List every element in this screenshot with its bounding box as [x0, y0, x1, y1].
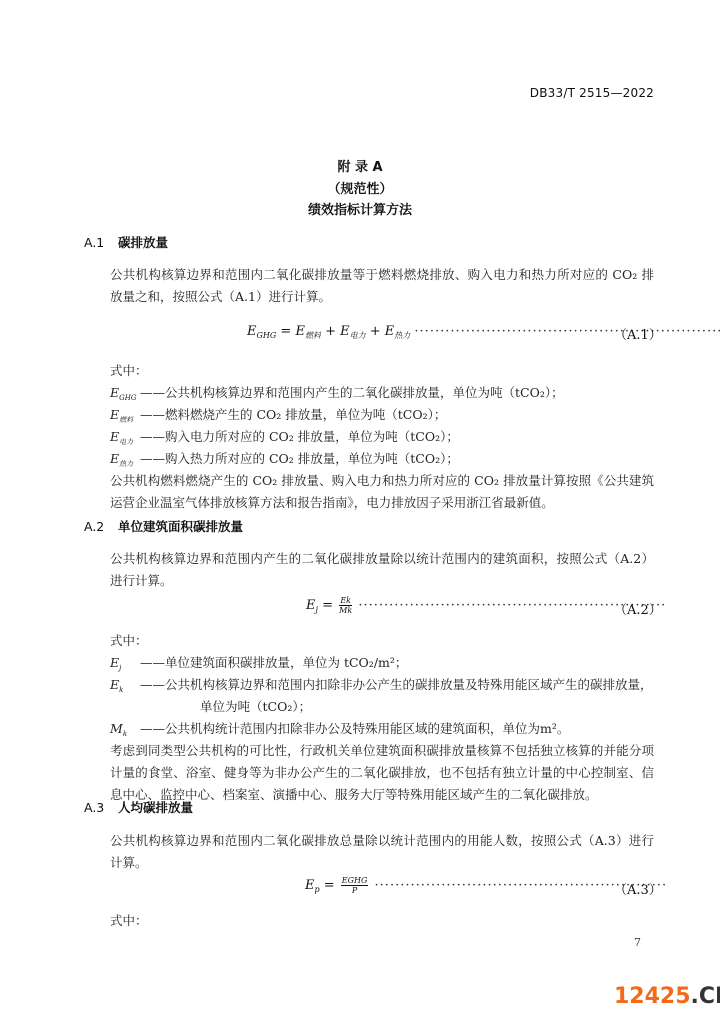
formula-label-a3: （A.3）: [614, 879, 662, 898]
section-number: A.3: [84, 800, 118, 815]
appendix-title: 附 录 A: [0, 156, 720, 175]
section-number: A.1: [84, 235, 118, 250]
page-number: 7: [634, 936, 641, 949]
appendix-nature: （规范性）: [0, 178, 720, 197]
section-heading-a3: A.3人均碳排放量: [84, 798, 193, 816]
section-title: 单位建筑面积碳排放量: [118, 519, 243, 534]
where-label: 式中：: [110, 630, 148, 652]
section-heading-a2: A.2单位建筑面积碳排放量: [84, 517, 243, 535]
section-number: A.2: [84, 519, 118, 534]
section-a1-note: 公共机构燃料燃烧产生的 CO₂ 排放量、购入电力和热力所对应的 CO₂ 排放量计…: [84, 470, 654, 514]
leader-dots: ········································…: [414, 324, 720, 339]
section-a3-intro: 公共机构核算边界和范围内二氧化碳排放总量除以统计范围内的用能人数，按照公式（A.…: [84, 830, 654, 874]
standard-code: DB33/T 2515—2022: [530, 86, 654, 100]
section-title: 人均碳排放量: [118, 800, 193, 815]
section-a1-intro: 公共机构核算边界和范围内二氧化碳排放量等于燃料燃烧排放、购入电力和热力所对应的 …: [84, 264, 654, 308]
formula-a2: Ej = EkMk ······························…: [306, 596, 666, 615]
section-heading-a1: A.1碳排放量: [84, 233, 168, 251]
section-title: 碳排放量: [118, 235, 168, 250]
section-a2-intro: 公共机构核算边界和范围内产生的二氧化碳排放量除以统计范围内的建筑面积，按照公式（…: [84, 548, 654, 592]
watermark-logo: 12425.CN: [614, 984, 720, 1009]
formula-label-a1: （A.1）: [614, 324, 662, 343]
appendix-subtitle: 绩效指标计算方法: [0, 199, 720, 218]
where-label: 式中：: [110, 360, 148, 382]
where-label: 式中：: [110, 910, 148, 932]
formula-a3: Ep = EGHGP ·····························…: [305, 876, 667, 895]
section-a2-note: 考虑到同类型公共机构的可比性，行政机关单位建筑面积碳排放量核算不包括独立核算的并…: [84, 740, 654, 806]
formula-label-a2: （A.2）: [614, 599, 662, 618]
definition-continuation: 单位为吨（tCO₂）；: [110, 696, 311, 718]
